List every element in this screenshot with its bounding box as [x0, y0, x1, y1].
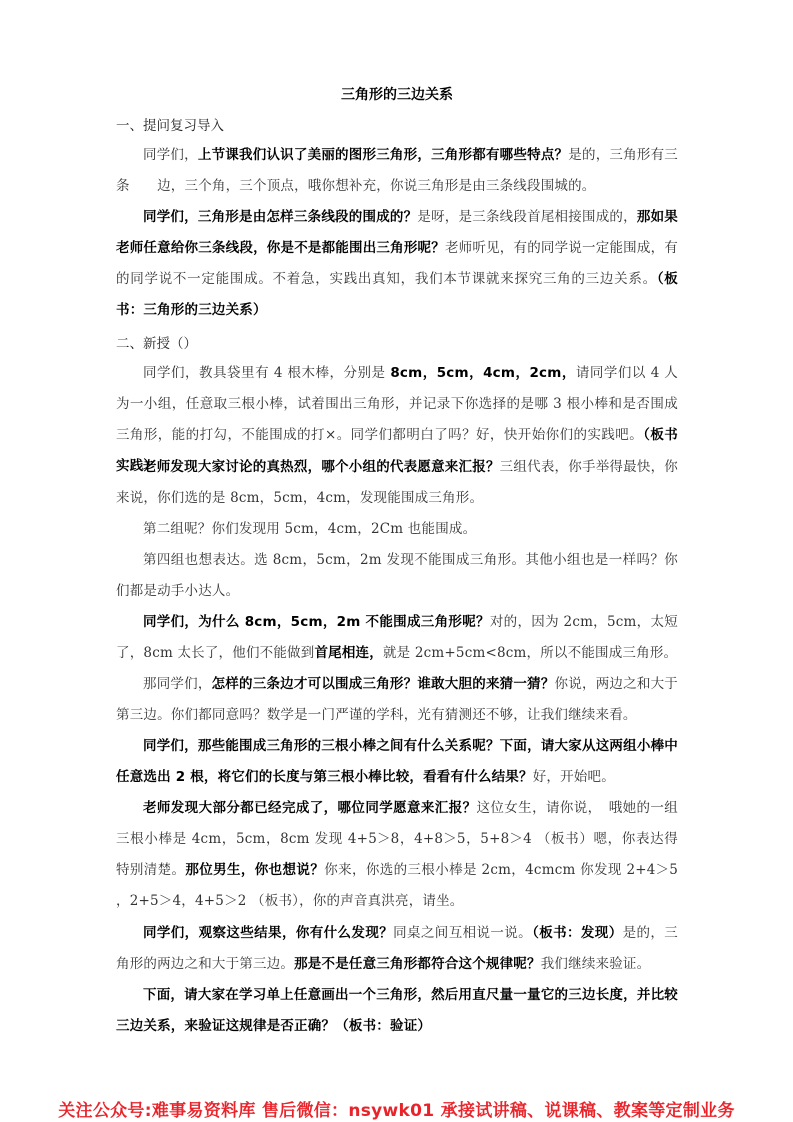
emphasized-text: 那是不是任意三角形都符合这个规律呢？ — [294, 956, 541, 972]
paragraph: 第四组也想表达。选 8cm，5cm，2m 发现不能围成三角形。其他小组也是一样吗… — [116, 545, 678, 607]
body-text: 同桌之间互相说一说。 — [393, 925, 532, 941]
paragraph: 那同学们，怎样的三条边才可以围成三角形？谁敢大胆的来猜一猜？你说，两边之和大于第… — [116, 669, 678, 731]
promo-footer-banner: 关注公众号:难事易资料库 售后微信：nsywk01 承接试讲稿、说课稿、教案等定… — [0, 1096, 793, 1121]
emphasized-text: 同学们，为什么 8cm，5cm，2m 不能围成三角形呢？ — [143, 614, 490, 630]
paragraph: 下面，请大家在学习单上任意画出一个三角形，然后用直尺量一量它的三边长度，并比较三… — [116, 980, 678, 1042]
body-text: 那同学们， — [143, 676, 212, 692]
emphasized-text: 那位男生，你也想说？ — [185, 862, 324, 878]
paragraph: 第二组呢？你们发现用 5cm，4cm，2Cm 也能围成。 — [116, 514, 678, 545]
body-text: 第二组呢？你们发现用 5cm，4cm，2Cm 也能围成。 — [143, 521, 476, 537]
emphasized-text: 同学们，三角形是由怎样三条线段的围成的？ — [143, 209, 417, 225]
emphasized-text: （板书：发现） — [532, 925, 623, 941]
body-text: 好，开始吧。 — [533, 769, 615, 785]
body-text: 同学们， — [143, 147, 198, 163]
paragraph: 同学们，观察这些结果，你有什么发现？同桌之间互相说一说。（板书：发现）是的，三角… — [116, 918, 678, 980]
paragraph: 同学们，为什么 8cm，5cm，2m 不能围成三角形呢？对的，因为 2cm，5c… — [116, 607, 678, 669]
body-text: 第四组也想表达。选 8cm，5cm，2m 发现不能围成三角形。其他小组也是一样吗… — [116, 552, 678, 599]
body-text: 我们继续来验证。 — [541, 956, 651, 972]
body-text: 同学们，教具袋里有 4 根木棒，分别是 — [143, 365, 390, 381]
emphasized-text: 8cm，5cm，4cm，2cm， — [390, 365, 576, 381]
paragraph: 老师发现大部分都已经完成了，哪位同学愿意来汇报？这位女生，请你说， 哦她的一组三… — [116, 793, 678, 917]
emphasized-text: 老师发现大家讨论的真热烈，哪个小组的代表愿意来汇报？ — [143, 459, 500, 475]
paragraph: 老师发现大家讨论的真热烈，哪个小组的代表愿意来汇报？三组代表，你手举得最快，你来… — [116, 452, 678, 514]
emphasized-text: 同学们，观察这些结果，你有什么发现？ — [143, 925, 393, 941]
emphasized-text: 上节课我们认识了美丽的图形三角形，三角形都有哪些特点？ — [198, 147, 568, 163]
emphasized-text: 老师发现大部分都已经完成了，哪位同学愿意来汇报？ — [143, 800, 477, 816]
emphasized-text: 首尾相连， — [314, 645, 383, 661]
document-title: 三角形的三边关系 — [116, 84, 678, 104]
paragraph: 同学们，那些能围成三角形的三根小棒之间有什么关系呢？下面，请大家从这两组小棒中任… — [116, 731, 678, 793]
paragraph: 同学们，上节课我们认识了美丽的图形三角形，三角形都有哪些特点？是的，三角形有三条… — [116, 140, 678, 202]
body-text: 是呀，是三条线段首尾相接围成的， — [417, 209, 637, 225]
emphasized-text: 下面，请大家在学习单上任意画出一个三角形，然后用直尺量一量它的三边长度，并比较三… — [116, 987, 678, 1034]
section-heading-2: 二、新授（） — [116, 332, 197, 352]
section-heading-1: 一、提问复习导入 — [116, 114, 224, 134]
body-text: 就是 2cm+5cm<8cm，所以不能围成三角形。 — [383, 645, 677, 661]
paragraph: 同学们，三角形是由怎样三条线段的围成的？是呀，是三条线段首尾相接围成的，那如果老… — [116, 202, 678, 326]
emphasized-text: 怎样的三条边才可以围成三角形？谁敢大胆的来猜一猜？ — [212, 676, 555, 692]
